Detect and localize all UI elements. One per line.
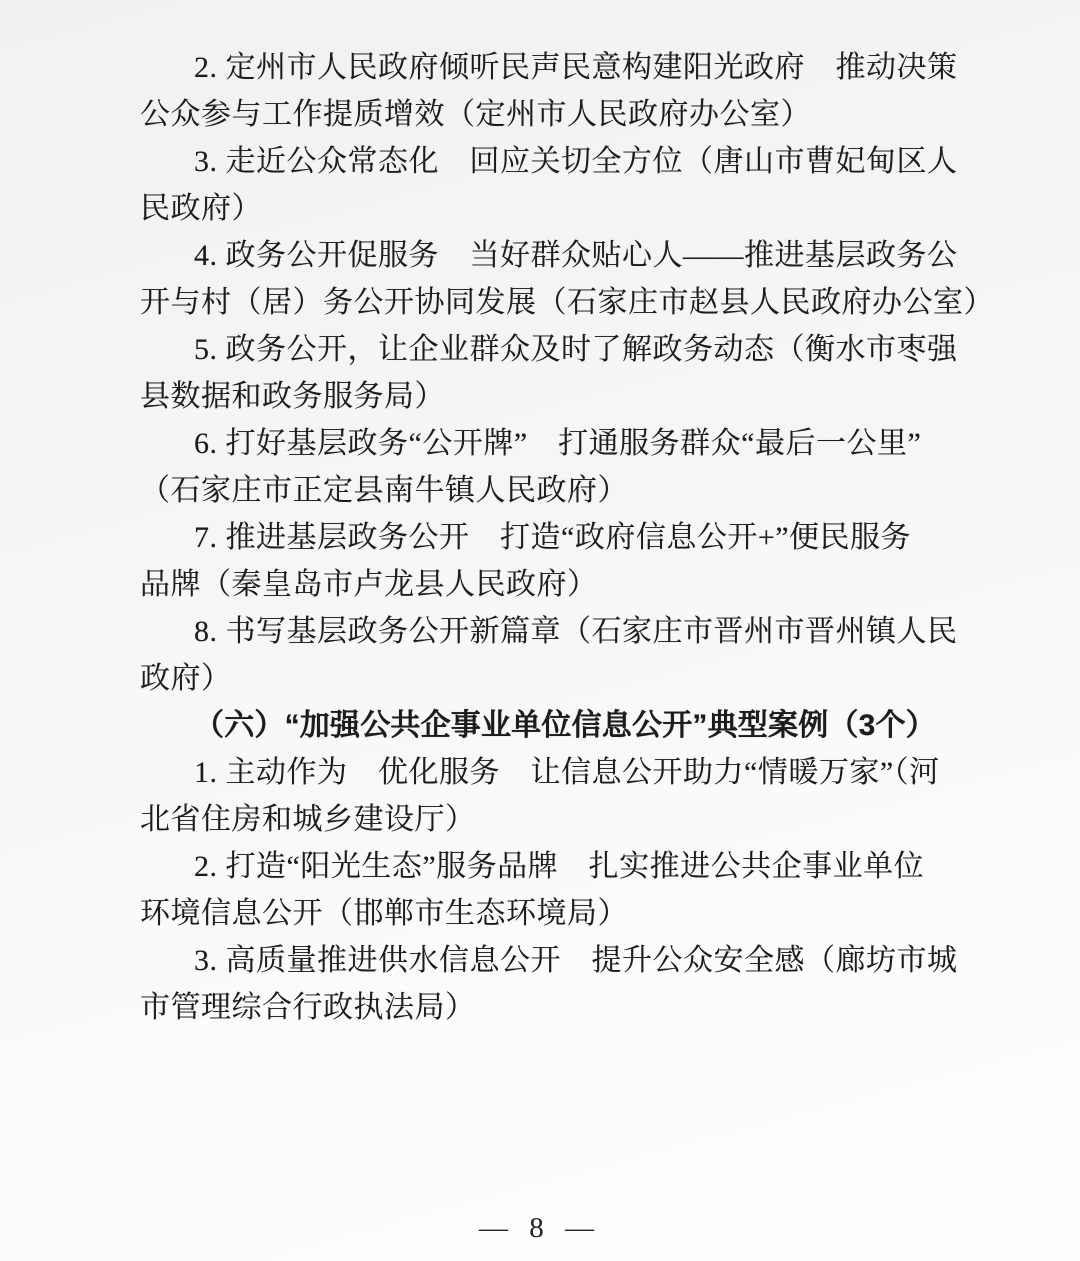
text-line: 品牌（秦皇岛市卢龙县人民政府） <box>140 561 1050 608</box>
text-line: 7. 推进基层政务公开 打造“政府信息公开+”便民服务 <box>140 514 1050 561</box>
section-heading: （六）“加强公共企事业单位信息公开”典型案例（3个） <box>140 702 1050 749</box>
page-number: — 8 — <box>0 1208 1080 1248</box>
case-item-paragraph: 7. 推进基层政务公开 打造“政府信息公开+”便民服务品牌（秦皇岛市卢龙县人民政… <box>140 514 1050 608</box>
case-item-paragraph: 1. 主动作为 优化服务 让信息公开助力“情暖万家”（河北省住房和城乡建设厅） <box>140 749 1050 843</box>
text-line: 政府） <box>140 655 1050 702</box>
case-item-paragraph: 5. 政务公开，让企业群众及时了解政务动态（衡水市枣强县数据和政务服务局） <box>140 326 1050 420</box>
text-line: 8. 书写基层政务公开新篇章（石家庄市晋州市晋州镇人民 <box>140 608 1050 655</box>
case-item-paragraph: 2. 定州市人民政府倾听民声民意构建阳光政府 推动决策公众参与工作提质增效（定州… <box>140 44 1050 138</box>
text-line: 5. 政务公开，让企业群众及时了解政务动态（衡水市枣强 <box>140 326 1050 373</box>
case-item-paragraph: 2. 打造“阳光生态”服务品牌 扎实推进公共企事业单位环境信息公开（邯郸市生态环… <box>140 843 1050 937</box>
text-line: 4. 政务公开促服务 当好群众贴心人——推进基层政务公 <box>140 232 1050 279</box>
text-line: 市管理综合行政执法局） <box>140 984 1050 1031</box>
text-line: 县数据和政务服务局） <box>140 373 1050 420</box>
text-line: 1. 主动作为 优化服务 让信息公开助力“情暖万家”（河 <box>140 749 1050 796</box>
text-line: （石家庄市正定县南牛镇人民政府） <box>140 467 1050 514</box>
case-item-paragraph: 6. 打好基层政务“公开牌” 打通服务群众“最后一公里”（石家庄市正定县南牛镇人… <box>140 420 1050 514</box>
text-line: 3. 高质量推进供水信息公开 提升公众安全感（廊坊市城 <box>140 937 1050 984</box>
document-body: 2. 定州市人民政府倾听民声民意构建阳光政府 推动决策公众参与工作提质增效（定州… <box>0 0 1080 1031</box>
text-line: 2. 打造“阳光生态”服务品牌 扎实推进公共企事业单位 <box>140 843 1050 890</box>
text-line: 开与村（居）务公开协同发展（石家庄市赵县人民政府办公室） <box>140 279 1050 326</box>
text-line: 6. 打好基层政务“公开牌” 打通服务群众“最后一公里” <box>140 420 1050 467</box>
text-line: 北省住房和城乡建设厅） <box>140 796 1050 843</box>
case-item-paragraph: 3. 高质量推进供水信息公开 提升公众安全感（廊坊市城市管理综合行政执法局） <box>140 937 1050 1031</box>
text-line: 环境信息公开（邯郸市生态环境局） <box>140 890 1050 937</box>
text-line: 3. 走近公众常态化 回应关切全方位（唐山市曹妃甸区人 <box>140 138 1050 185</box>
text-line: （六）“加强公共企事业单位信息公开”典型案例（3个） <box>140 702 1050 749</box>
text-line: 2. 定州市人民政府倾听民声民意构建阳光政府 推动决策 <box>140 44 1050 91</box>
case-item-paragraph: 3. 走近公众常态化 回应关切全方位（唐山市曹妃甸区人民政府） <box>140 138 1050 232</box>
case-item-paragraph: 4. 政务公开促服务 当好群众贴心人——推进基层政务公开与村（居）务公开协同发展… <box>140 232 1050 326</box>
case-item-paragraph: 8. 书写基层政务公开新篇章（石家庄市晋州市晋州镇人民政府） <box>140 608 1050 702</box>
text-line: 民政府） <box>140 185 1050 232</box>
text-line: 公众参与工作提质增效（定州市人民政府办公室） <box>140 91 1050 138</box>
document-page: { "page": { "background": "#f5f5f6", "te… <box>0 0 1080 1261</box>
